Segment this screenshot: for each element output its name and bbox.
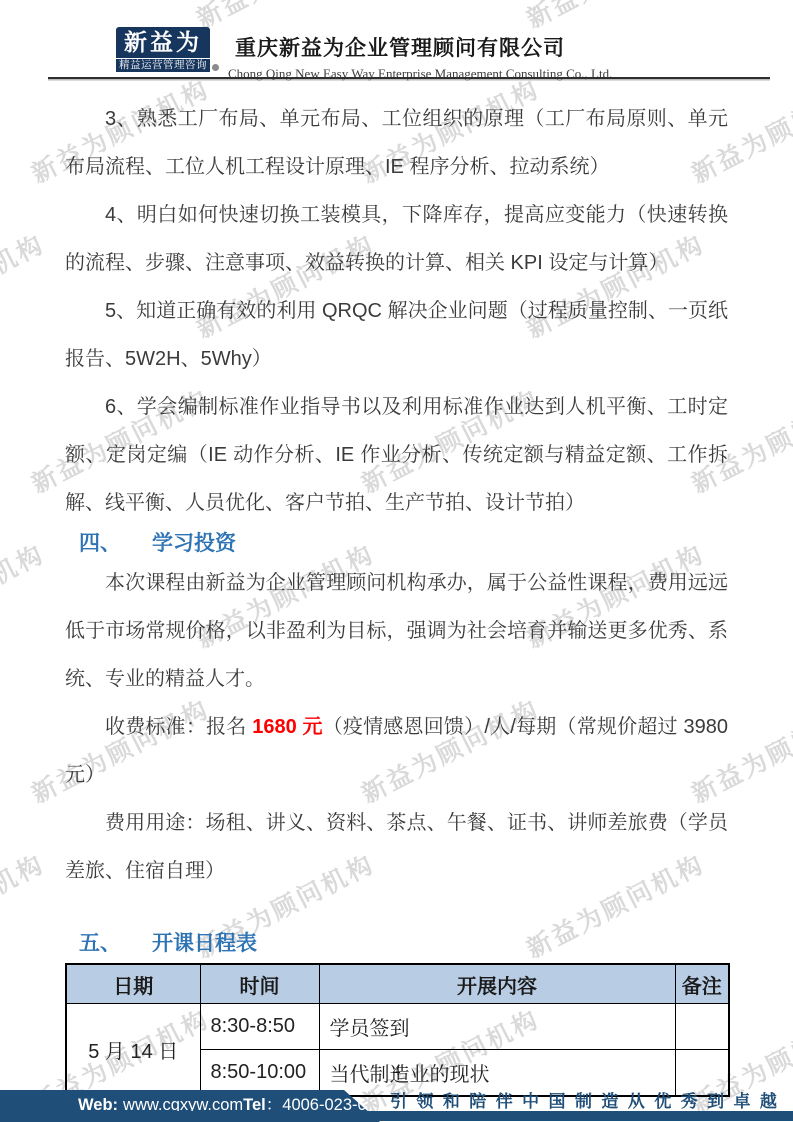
- fee-usage-line: 费用用途：场租、讲义、资料、茶点、午餐、证书、讲师差旅费（学员差旅、住宿自理）: [65, 799, 728, 895]
- fee-prefix: 收费标准：报名: [105, 716, 252, 738]
- table-column-header: 日期: [66, 964, 200, 1004]
- objective-item-5: 5、知道正确有效的利用 QRQC 解决企业问题（过程质量控制、一页纸报告、5W2…: [65, 287, 728, 383]
- watermark-text: 新益为顾问机构: [190, 0, 381, 36]
- watermark-text: 新益为顾问机构: [0, 844, 50, 965]
- section-heading-schedule: 五、开课日程表: [79, 929, 728, 959]
- slogan-char: 卓: [733, 1087, 750, 1112]
- slogan-char: 秀: [681, 1087, 698, 1112]
- footer-slogan: 引领和陪伴中国制造从优秀到卓越: [390, 1088, 777, 1110]
- section-title: 开课日程表: [152, 932, 257, 955]
- company-name-en: Chong Qing New Easy Way Enterprise Manag…: [228, 66, 572, 82]
- slogan-char: 和: [443, 1087, 460, 1112]
- date-cell: 5 月 14 日: [66, 1004, 200, 1097]
- table-header-row: 日期时间开展内容备注: [66, 964, 729, 1004]
- section-number: 四、: [79, 532, 121, 555]
- table-row: 5 月 14 日8:30-8:50学员签到: [66, 1004, 729, 1050]
- slogan-char: 到: [707, 1087, 724, 1112]
- investment-intro: 本次课程由新益为企业管理顾问机构承办，属于公益性课程，费用远远低于市场常规价格，…: [65, 559, 728, 703]
- objective-item-6: 6、学会编制标准作业指导书以及利用标准作业达到人机平衡、工时定额、定岗定编（IE…: [65, 383, 728, 527]
- section-title: 学习投资: [152, 532, 236, 555]
- slogan-char: 国: [549, 1087, 566, 1112]
- content-cell: 学员签到: [319, 1004, 675, 1050]
- footer-bottom-strip: [0, 1111, 793, 1121]
- header-divider: [48, 77, 770, 79]
- company-name-cn: 重庆新益为企业管理顾问有限公司: [228, 32, 572, 62]
- section-heading-investment: 四、学习投资: [79, 529, 728, 559]
- table-column-header: 备注: [675, 964, 729, 1004]
- slogan-char: 引: [390, 1087, 407, 1112]
- time-cell: 8:30-8:50: [200, 1004, 319, 1050]
- logo-subtitle: 精益运营管理咨询: [116, 58, 210, 72]
- logo-main-text: 新益为: [116, 27, 210, 58]
- logo-dot-icon: [212, 64, 219, 71]
- fee-line: 收费标准：报名 1680 元（疫情感恩回馈）/人/每期（常规价超过 3980 元…: [65, 703, 728, 799]
- slogan-char: 中: [522, 1087, 539, 1112]
- note-cell: [675, 1004, 729, 1050]
- slogan-char: 造: [601, 1087, 618, 1112]
- slogan-char: 伴: [496, 1087, 513, 1112]
- slogan-char: 制: [575, 1087, 592, 1112]
- watermark-text: 新益为顾问机构: [520, 0, 711, 36]
- objective-item-3: 3、熟悉工厂布局、单元布局、工位组织的原理（工厂布局原则、单元布局流程、工位人机…: [65, 95, 728, 191]
- watermark-text: 新益为顾问机构: [0, 534, 50, 655]
- document-body: 3、熟悉工厂布局、单元布局、工位组织的原理（工厂布局原则、单元布局流程、工位人机…: [65, 95, 728, 1097]
- header-titles: 重庆新益为企业管理顾问有限公司 Chong Qing New Easy Way …: [228, 32, 572, 82]
- slogan-char: 从: [628, 1087, 645, 1112]
- slogan-char: 陪: [469, 1087, 486, 1112]
- section-number: 五、: [79, 932, 121, 955]
- company-logo: 新益为 精益运营管理咨询: [116, 27, 210, 72]
- slogan-char: 越: [760, 1087, 777, 1112]
- fee-price: 1680 元: [252, 716, 322, 738]
- slogan-char: 领: [416, 1087, 433, 1112]
- watermark-text: 新益为顾问机构: [0, 0, 50, 36]
- page-number: 4: [0, 1063, 793, 1080]
- watermark-text: 新益为顾问机构: [0, 224, 50, 345]
- document-page: 新益为顾问机构新益为顾问机构新益为顾问机构新益为顾问机构新益为顾问机构新益为顾问…: [0, 0, 793, 1122]
- slogan-char: 优: [654, 1087, 671, 1112]
- objective-item-4: 4、明白如何快速切换工装模具，下降库存，提高应变能力（快速转换的流程、步骤、注意…: [65, 191, 728, 287]
- table-column-header: 时间: [200, 964, 319, 1004]
- table-column-header: 开展内容: [319, 964, 675, 1004]
